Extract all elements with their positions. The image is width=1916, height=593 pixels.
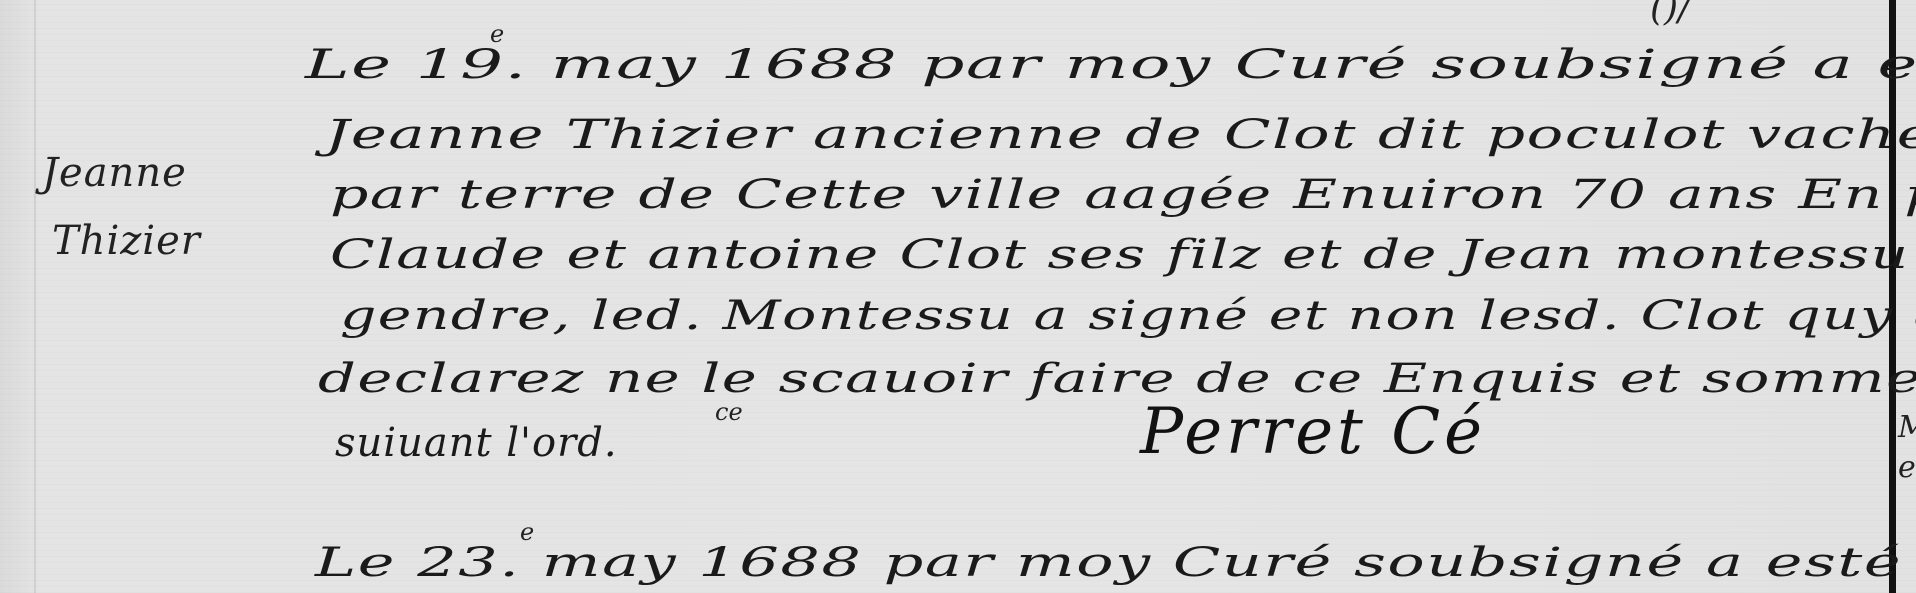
- entry1-line-3: par terre de Cette ville aagée Enuiron 7…: [330, 172, 1916, 218]
- entry1-line-4: Claude et antoine Clot ses filz et de Je…: [330, 232, 1916, 278]
- entry2-line-1: Le 23. may 1688 par moy Curé soubsigné a…: [315, 540, 1902, 586]
- margin-name-last: Thizier: [52, 218, 201, 264]
- right-edge-char-2: e: [1898, 450, 1916, 485]
- entry1-line-1: Le 19. may 1688 par moy Curé soubsigné a…: [305, 42, 1916, 88]
- left-margin-line: [34, 0, 36, 593]
- entry1-ordinance-superscript: ce: [715, 398, 743, 426]
- top-ink-marks: ()/: [1650, 0, 1690, 29]
- entry1-line-6: declarez ne le scauoir faire de ce Enqui…: [318, 356, 1916, 402]
- register-page: ()/ Jeanne Thizier e Le 19. may 1688 par…: [0, 0, 1916, 593]
- priest-signature: Perret Cé: [1140, 395, 1486, 469]
- entry1-line-7: suiuant l'ord.: [335, 420, 618, 466]
- right-edge-char-1: M: [1898, 410, 1916, 445]
- entry1-line-5: gendre, led. Montessu a signé et non les…: [340, 293, 1916, 339]
- margin-name-first: Jeanne: [42, 150, 187, 196]
- entry1-line-2: Jeanne Thizier ancienne de Clot dit pocu…: [325, 112, 1916, 158]
